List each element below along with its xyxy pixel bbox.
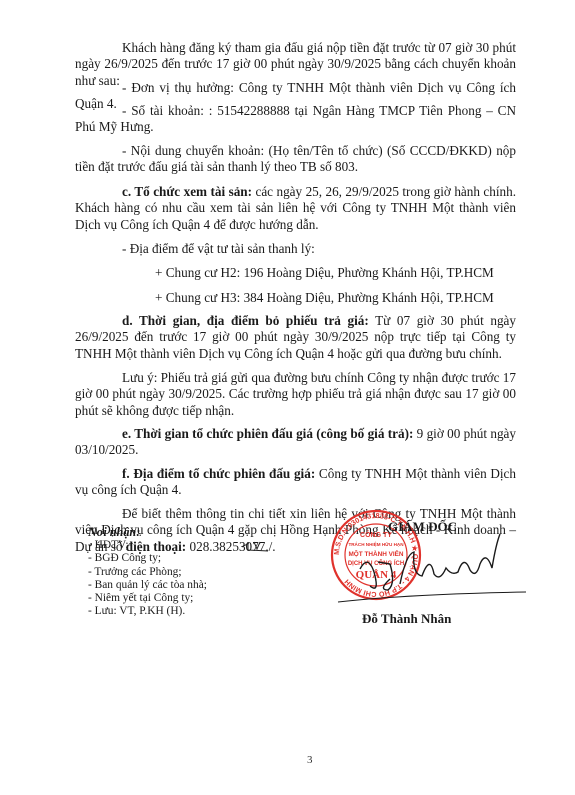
recipient-item: - Niêm yết tại Công ty; — [88, 592, 207, 605]
recipients-block: Nơi nhận: - HĐTV; - BGĐ Công ty; - Trưởn… — [88, 526, 207, 618]
document-page: Khách hàng đăng ký tham gia đấu giá nộp … — [0, 0, 575, 795]
signer-name: Đỗ Thành Nhân — [362, 611, 451, 627]
recipient-item: - Ban quản lý các tòa nhà; — [88, 579, 207, 592]
section-d-note: Lưu ý: Phiếu trả giá gửi qua đường bưu c… — [75, 370, 516, 419]
recipient-item: - BGĐ Công ty; — [88, 552, 207, 565]
section-d-heading: d. Thời gian, địa điểm bỏ phiếu trả giá: — [122, 313, 369, 328]
section-c-location-label: - Địa điểm để vật tư tài sản thanh lý: — [75, 241, 516, 257]
section-f-heading: f. Địa điểm tổ chức phiên đấu giá: — [122, 466, 315, 481]
handwritten-signature-icon — [330, 524, 530, 614]
location-h3: + Chung cư H3: 384 Hoàng Diệu, Phường Kh… — [155, 290, 535, 306]
section-f: f. Địa điểm tổ chức phiên đấu giá: Công … — [75, 466, 516, 499]
signature-block: M.S.D.N:0301431835-C.T.N.H.H ★ QUẬN 4 - … — [330, 509, 530, 629]
recipient-item: - HĐTV; — [88, 539, 207, 552]
recipients-title: Nơi nhận: — [88, 526, 207, 539]
section-d: d. Thời gian, địa điểm bỏ phiếu trả giá:… — [75, 313, 516, 362]
initials-mark-icon — [240, 539, 270, 553]
location-h2: + Chung cư H2: 196 Hoàng Diệu, Phường Kh… — [155, 265, 535, 281]
section-e-heading: e. Thời gian tổ chức phiên đấu giá (công… — [122, 426, 413, 441]
section-c: c. Tổ chức xem tài sản: các ngày 25, 26,… — [75, 184, 516, 233]
recipient-item: - Trưởng các Phòng; — [88, 566, 207, 579]
section-e: e. Thời gian tổ chức phiên đấu giá (công… — [75, 426, 516, 459]
paragraph-transfer-content: - Nội dung chuyển khoản: (Họ tên/Tên tổ … — [75, 143, 516, 176]
recipient-item: - Lưu: VT, P.KH (H). — [88, 605, 207, 618]
page-number: 3 — [307, 754, 313, 766]
section-c-heading: c. Tổ chức xem tài sản: — [122, 184, 252, 199]
paragraph-account-number: - Số tài khoản: : 51542288888 tại Ngân H… — [75, 103, 516, 136]
